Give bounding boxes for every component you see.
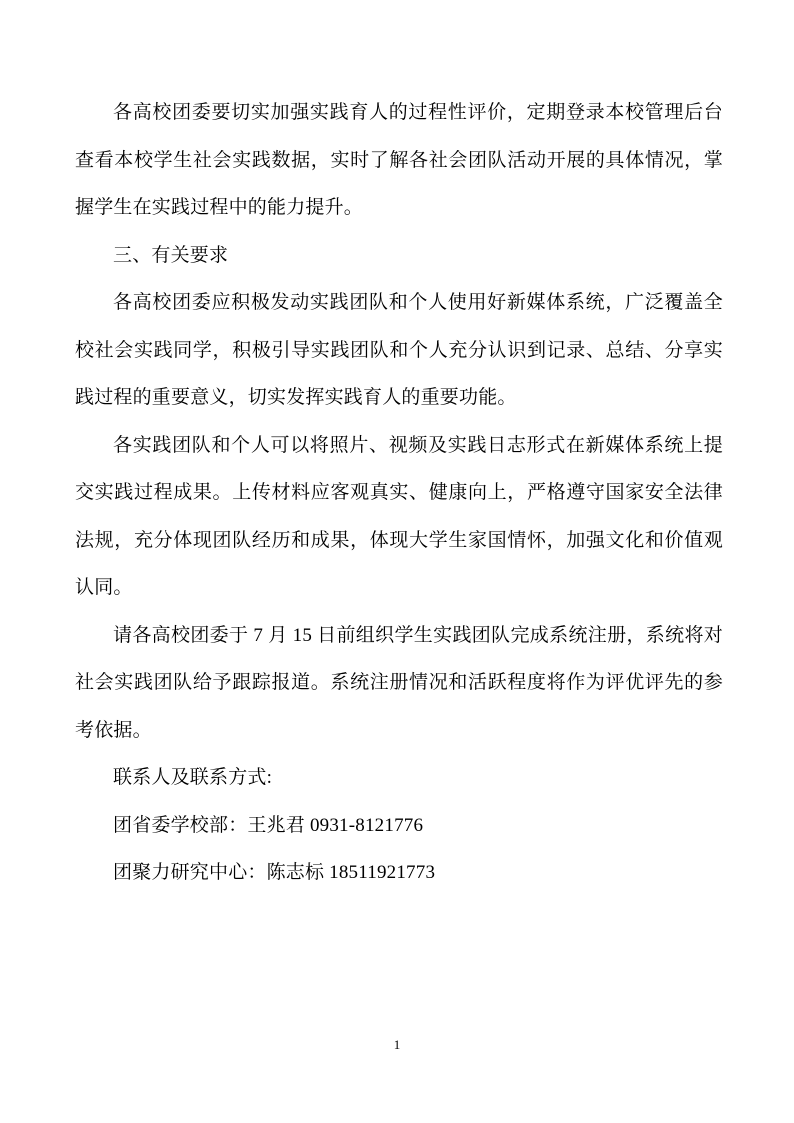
- section-heading-requirements: 三、有关要求: [75, 232, 723, 280]
- contact-info-label: 联系人及联系方式:: [75, 754, 723, 802]
- paragraph-submission-guidelines: 各实践团队和个人可以将照片、视频及实践日志形式在新媒体系统上提交实践过程成果。上…: [75, 422, 723, 612]
- contact-line-school-department: 团省委学校部：王兆君 0931-8121776: [75, 802, 723, 850]
- paragraph-registration-deadline: 请各高校团委于 7 月 15 日前组织学生实践团队完成系统注册，系统将对社会实践…: [75, 612, 723, 755]
- contact-line-research-center: 团聚力研究中心：陈志标 18511921773: [75, 849, 723, 897]
- paragraph-evaluation: 各高校团委要切实加强实践育人的过程性评价，定期登录本校管理后台查看本校学生社会实…: [75, 89, 723, 232]
- page-number: 1: [0, 1036, 794, 1054]
- document-page: 各高校团委要切实加强实践育人的过程性评价，定期登录本校管理后台查看本校学生社会实…: [0, 0, 794, 1123]
- paragraph-mobilize-system-usage: 各高校团委应积极发动实践团队和个人使用好新媒体系统，广泛覆盖全校社会实践同学，积…: [75, 279, 723, 422]
- document-body: 各高校团委要切实加强实践育人的过程性评价，定期登录本校管理后台查看本校学生社会实…: [75, 89, 723, 897]
